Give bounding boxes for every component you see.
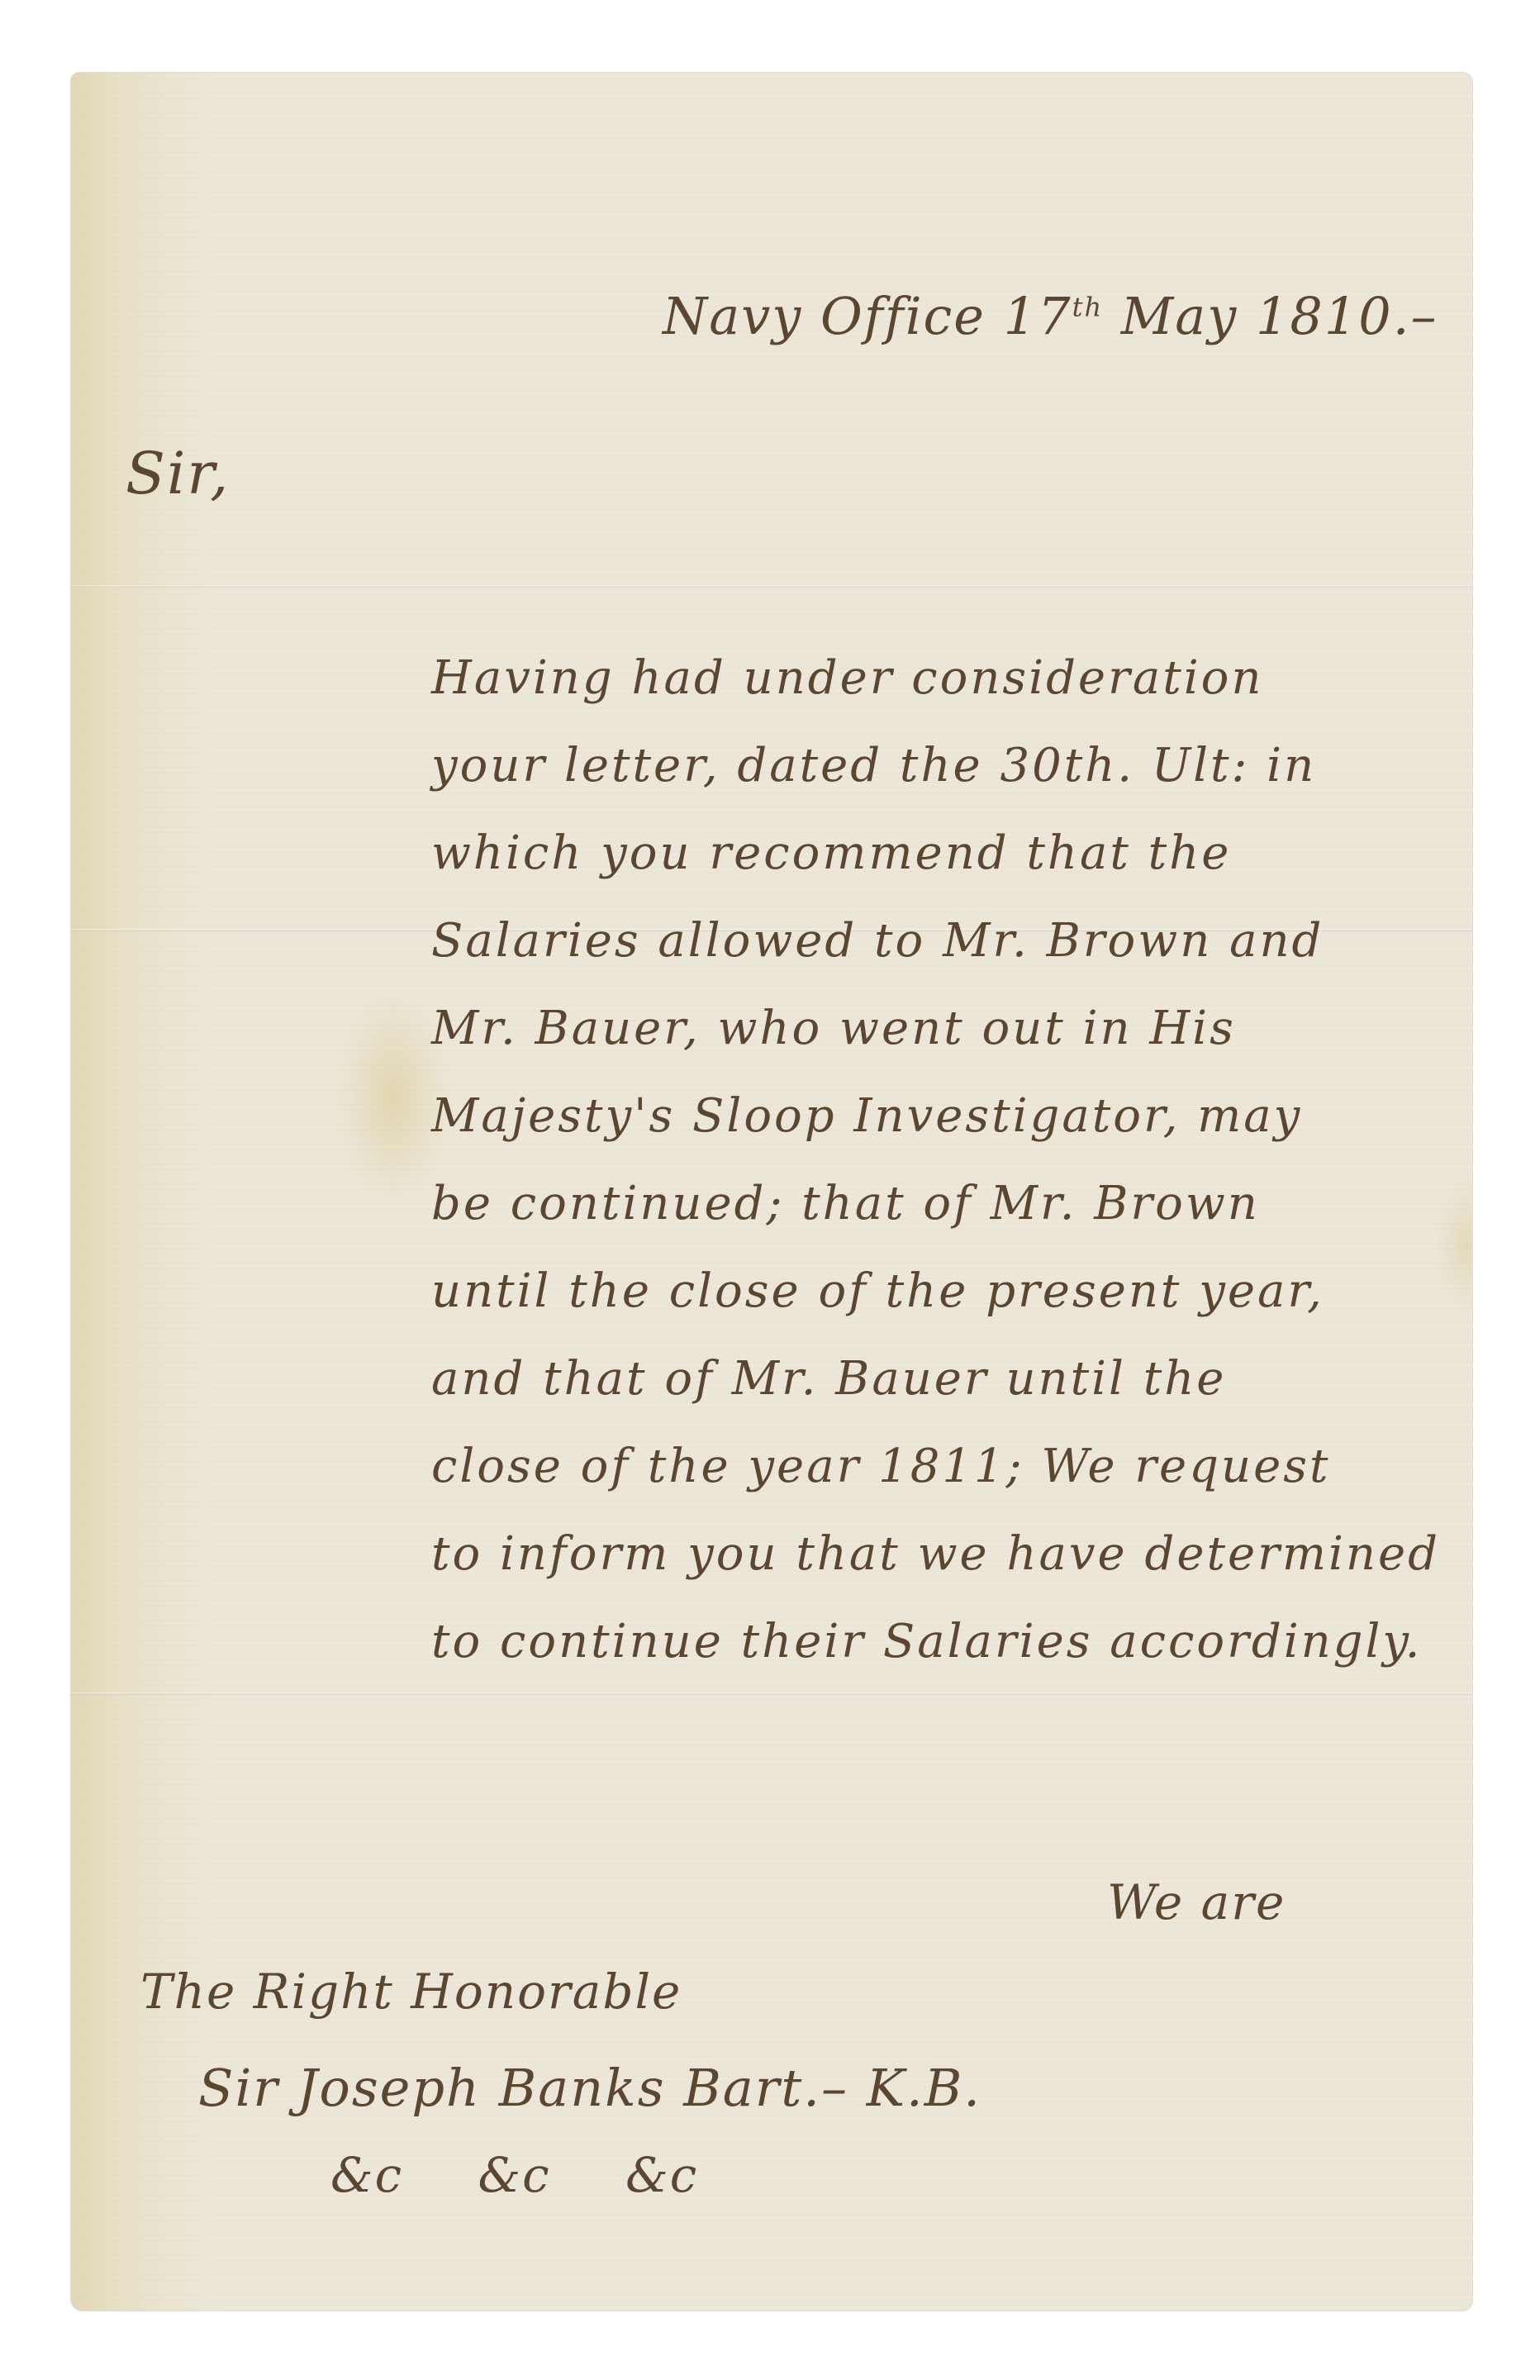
body-line: Salaries allowed to Mr. Brown and	[431, 914, 1324, 968]
letter-closing: We are	[1107, 1874, 1286, 1930]
dateline-day-suffix: th	[1072, 291, 1103, 322]
addressee-line-2: Sir Joseph Banks Bart.– K.B.	[198, 2058, 982, 2118]
letter-dateline: Navy Office 17th May 1810.–	[663, 286, 1438, 346]
body-line: to inform you that we have determined	[431, 1527, 1440, 1581]
body-line: and that of Mr. Bauer until the	[431, 1352, 1226, 1406]
body-line: to continue their Salaries accordingly.	[431, 1615, 1422, 1668]
body-line: Mr. Bauer, who went out in His	[431, 1002, 1236, 1055]
letter-page: Navy Office 17th May 1810.– Sir, Having …	[71, 73, 1472, 2311]
body-line: Majesty's Sloop Investigator, may	[431, 1089, 1302, 1143]
dateline-day: 17	[1004, 286, 1072, 346]
body-line: your letter, dated the 30th. Ult: in	[431, 739, 1316, 793]
body-line: until the close of the present year,	[431, 1264, 1324, 1318]
body-line: close of the year 1811; We request	[431, 1440, 1330, 1493]
body-line: Having had under consideration	[431, 651, 1263, 705]
dateline-place: Navy Office	[663, 286, 986, 346]
body-line: which you recommend that the	[431, 826, 1231, 880]
body-line: be continued; that of Mr. Brown	[431, 1177, 1260, 1230]
paper-fold-line	[71, 585, 1472, 588]
addressee-line-1: The Right Honorable	[140, 1963, 682, 2020]
letter-salutation: Sir,	[126, 440, 230, 507]
addressee-line-3: &c &c &c	[330, 2147, 698, 2203]
paper-fold-line	[71, 1692, 1472, 1695]
dateline-month-year: May 1810.–	[1121, 286, 1438, 346]
